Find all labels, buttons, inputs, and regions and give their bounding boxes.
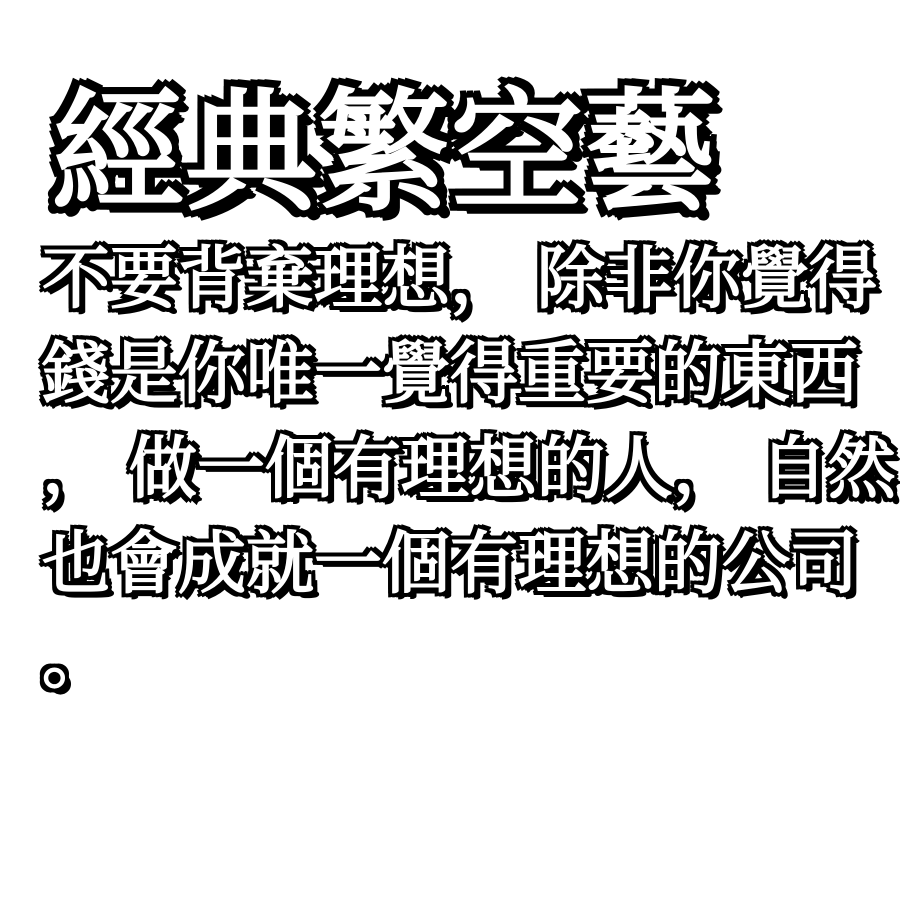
font-specimen-page: 經典繁空藝 不要背棄理想， 除非你覺得 錢是你唯一覺得重要的東西 ， 做一個有理… [0,0,900,900]
quote-line-1: 不要背棄理想， 除非你覺得 [42,232,882,327]
quote-line-4: 也會成就一個有理想的公司 [42,517,882,612]
quote-paragraph: 不要背棄理想， 除非你覺得 錢是你唯一覺得重要的東西 ， 做一個有理想的人， 自… [42,232,882,707]
quote-line-2: 錢是你唯一覺得重要的東西 [42,327,882,422]
quote-line-3: ， 做一個有理想的人， 自然 [42,422,882,517]
quote-line-5: 。 [42,612,882,707]
page-title: 經典繁空藝 [52,84,717,223]
